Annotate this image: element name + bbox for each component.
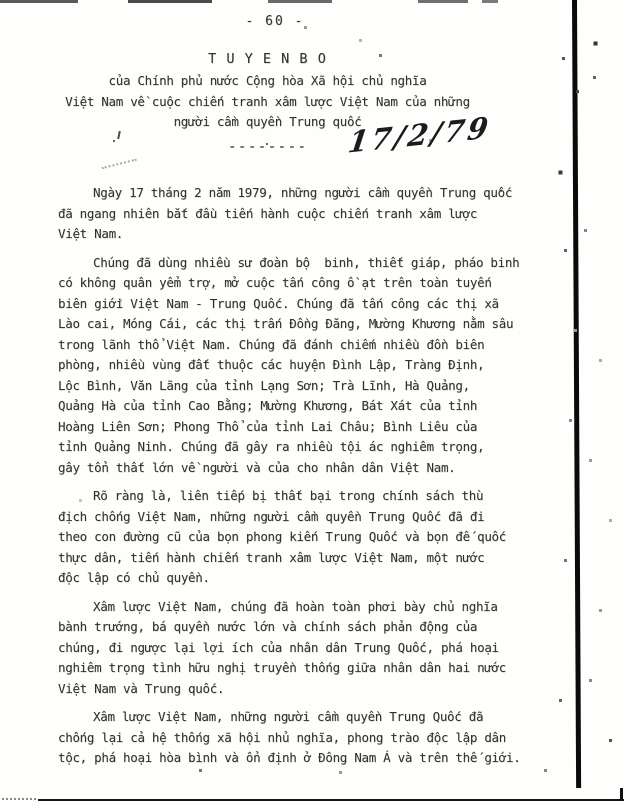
text-line: theo con đường cũ của bọn phong kiến Tru…: [58, 527, 544, 548]
text-line: gây tổn thất lớn về người và của cho nhâ…: [58, 458, 544, 479]
text-line: trong lãnh thổ Việt Nam. Chúng đã đánh c…: [58, 335, 544, 356]
paragraph: Xâm lược Việt Nam, chúng đã hoàn toàn ph…: [58, 597, 544, 700]
paragraph: Rõ ràng là, liên tiếp bị thất bại trong …: [58, 486, 544, 589]
dashed-separator: --------: [228, 139, 307, 155]
text-line: Việt Nam và Trung quốc.: [58, 679, 544, 700]
text-line: tỉnh Quảng Ninh. Chúng đã gây ra nhiều t…: [58, 437, 544, 458]
text-line: nghiêm trọng tình hữu nghị truyền thống …: [58, 658, 544, 679]
document-title: T U Y E N B O: [0, 51, 535, 67]
text-line: chống lại cả hệ thống xã hội nhủ nghĩa, …: [58, 728, 544, 749]
separator-dot: [266, 143, 268, 145]
scan-artifact-top-edge: [128, 0, 212, 3]
page-number: - 60 -: [0, 14, 550, 29]
paragraph: Xâm lược Việt Nam, những người cầm quyền…: [58, 707, 544, 769]
text-line: đã ngang nhiên bắt đầu tiến hành cuộc ch…: [58, 204, 544, 225]
text-line: bành trướng, bá quyền nước lớn và chính …: [58, 617, 544, 638]
text-line: phòng, nhiều vùng đất thuộc các huyện Đì…: [58, 355, 544, 376]
text-line: Ngày 17 tháng 2 năm 1979, những người cầ…: [58, 183, 544, 204]
scan-artifact-bottom-dotted: [2, 798, 38, 800]
scan-artifact-top-edge: [482, 0, 498, 3]
document-subtitle-line: Việt Nam về cuộc chiến tranh xâm lược Vi…: [0, 94, 535, 109]
document-body: Ngày 17 tháng 2 năm 1979, những người cầ…: [58, 183, 544, 777]
scan-artifact-right-edge-line: [572, 0, 581, 788]
text-line: Việt Nam.: [58, 224, 544, 245]
text-line: có không quân yểm trợ, mở cuộc tấn công …: [58, 273, 544, 294]
scan-artifact-bottom-rule: [38, 799, 624, 801]
text-line: biên giới Việt Nam - Trung Quốc. Chúng đ…: [58, 294, 544, 315]
text-line: Rõ ràng là, liên tiếp bị thất bại trong …: [58, 486, 544, 507]
text-line: thực dân, tiến hành chiến tranh xâm lược…: [58, 548, 544, 569]
text-line: Quảng Hà của tỉnh Cao Bằng; Mường Khương…: [58, 396, 544, 417]
text-line: Lộc Bình, Văn Lãng của tỉnh Lạng Sơn; Tr…: [58, 376, 544, 397]
text-line: Lào cai, Móng Cái, các thị trấn Đồng Đăn…: [58, 314, 544, 335]
text-line: địch chống Việt Nam, những người cầm quy…: [58, 507, 544, 528]
stray-pen-mark: [117, 131, 121, 139]
paragraph: Chúng đã dùng nhiều sư đoàn bộ binh, thi…: [58, 253, 544, 479]
scan-artifact-top-edge: [418, 0, 468, 3]
scan-smudge-mark: [99, 149, 137, 169]
scan-artifact-top-edge: [0, 0, 78, 3]
text-line: Chúng đã dùng nhiều sư đoàn bộ binh, thi…: [58, 253, 544, 274]
text-line: độc lập có chủ quyền.: [58, 568, 544, 589]
text-line: tộc, phá hoại hòa bình và ổn định ở Đông…: [58, 748, 544, 769]
scan-artifact-corner-tick: [620, 788, 623, 800]
text-line: Xâm lược Việt Nam, chúng đã hoàn toàn ph…: [58, 597, 544, 618]
text-line: Hoàng Liên Sơn; Phong Thổ của tỉnh Lai C…: [58, 417, 544, 438]
text-line: Xâm lược Việt Nam, những người cầm quyền…: [58, 707, 544, 728]
document-subtitle-line: của Chính phủ nước Cộng hòa Xã hội chủ n…: [0, 73, 535, 88]
scanned-document-page: - 60 - T U Y E N B O của Chính phủ nước …: [0, 0, 624, 805]
scan-noise-speckles: [0, 0, 1, 1]
text-line: chúng, đi ngược lại lợi ích của nhân dân…: [58, 638, 544, 659]
paragraph: Ngày 17 tháng 2 năm 1979, những người cầ…: [58, 183, 544, 245]
scan-artifact-top-edge: [268, 0, 332, 3]
stray-pen-dot: [113, 140, 115, 142]
